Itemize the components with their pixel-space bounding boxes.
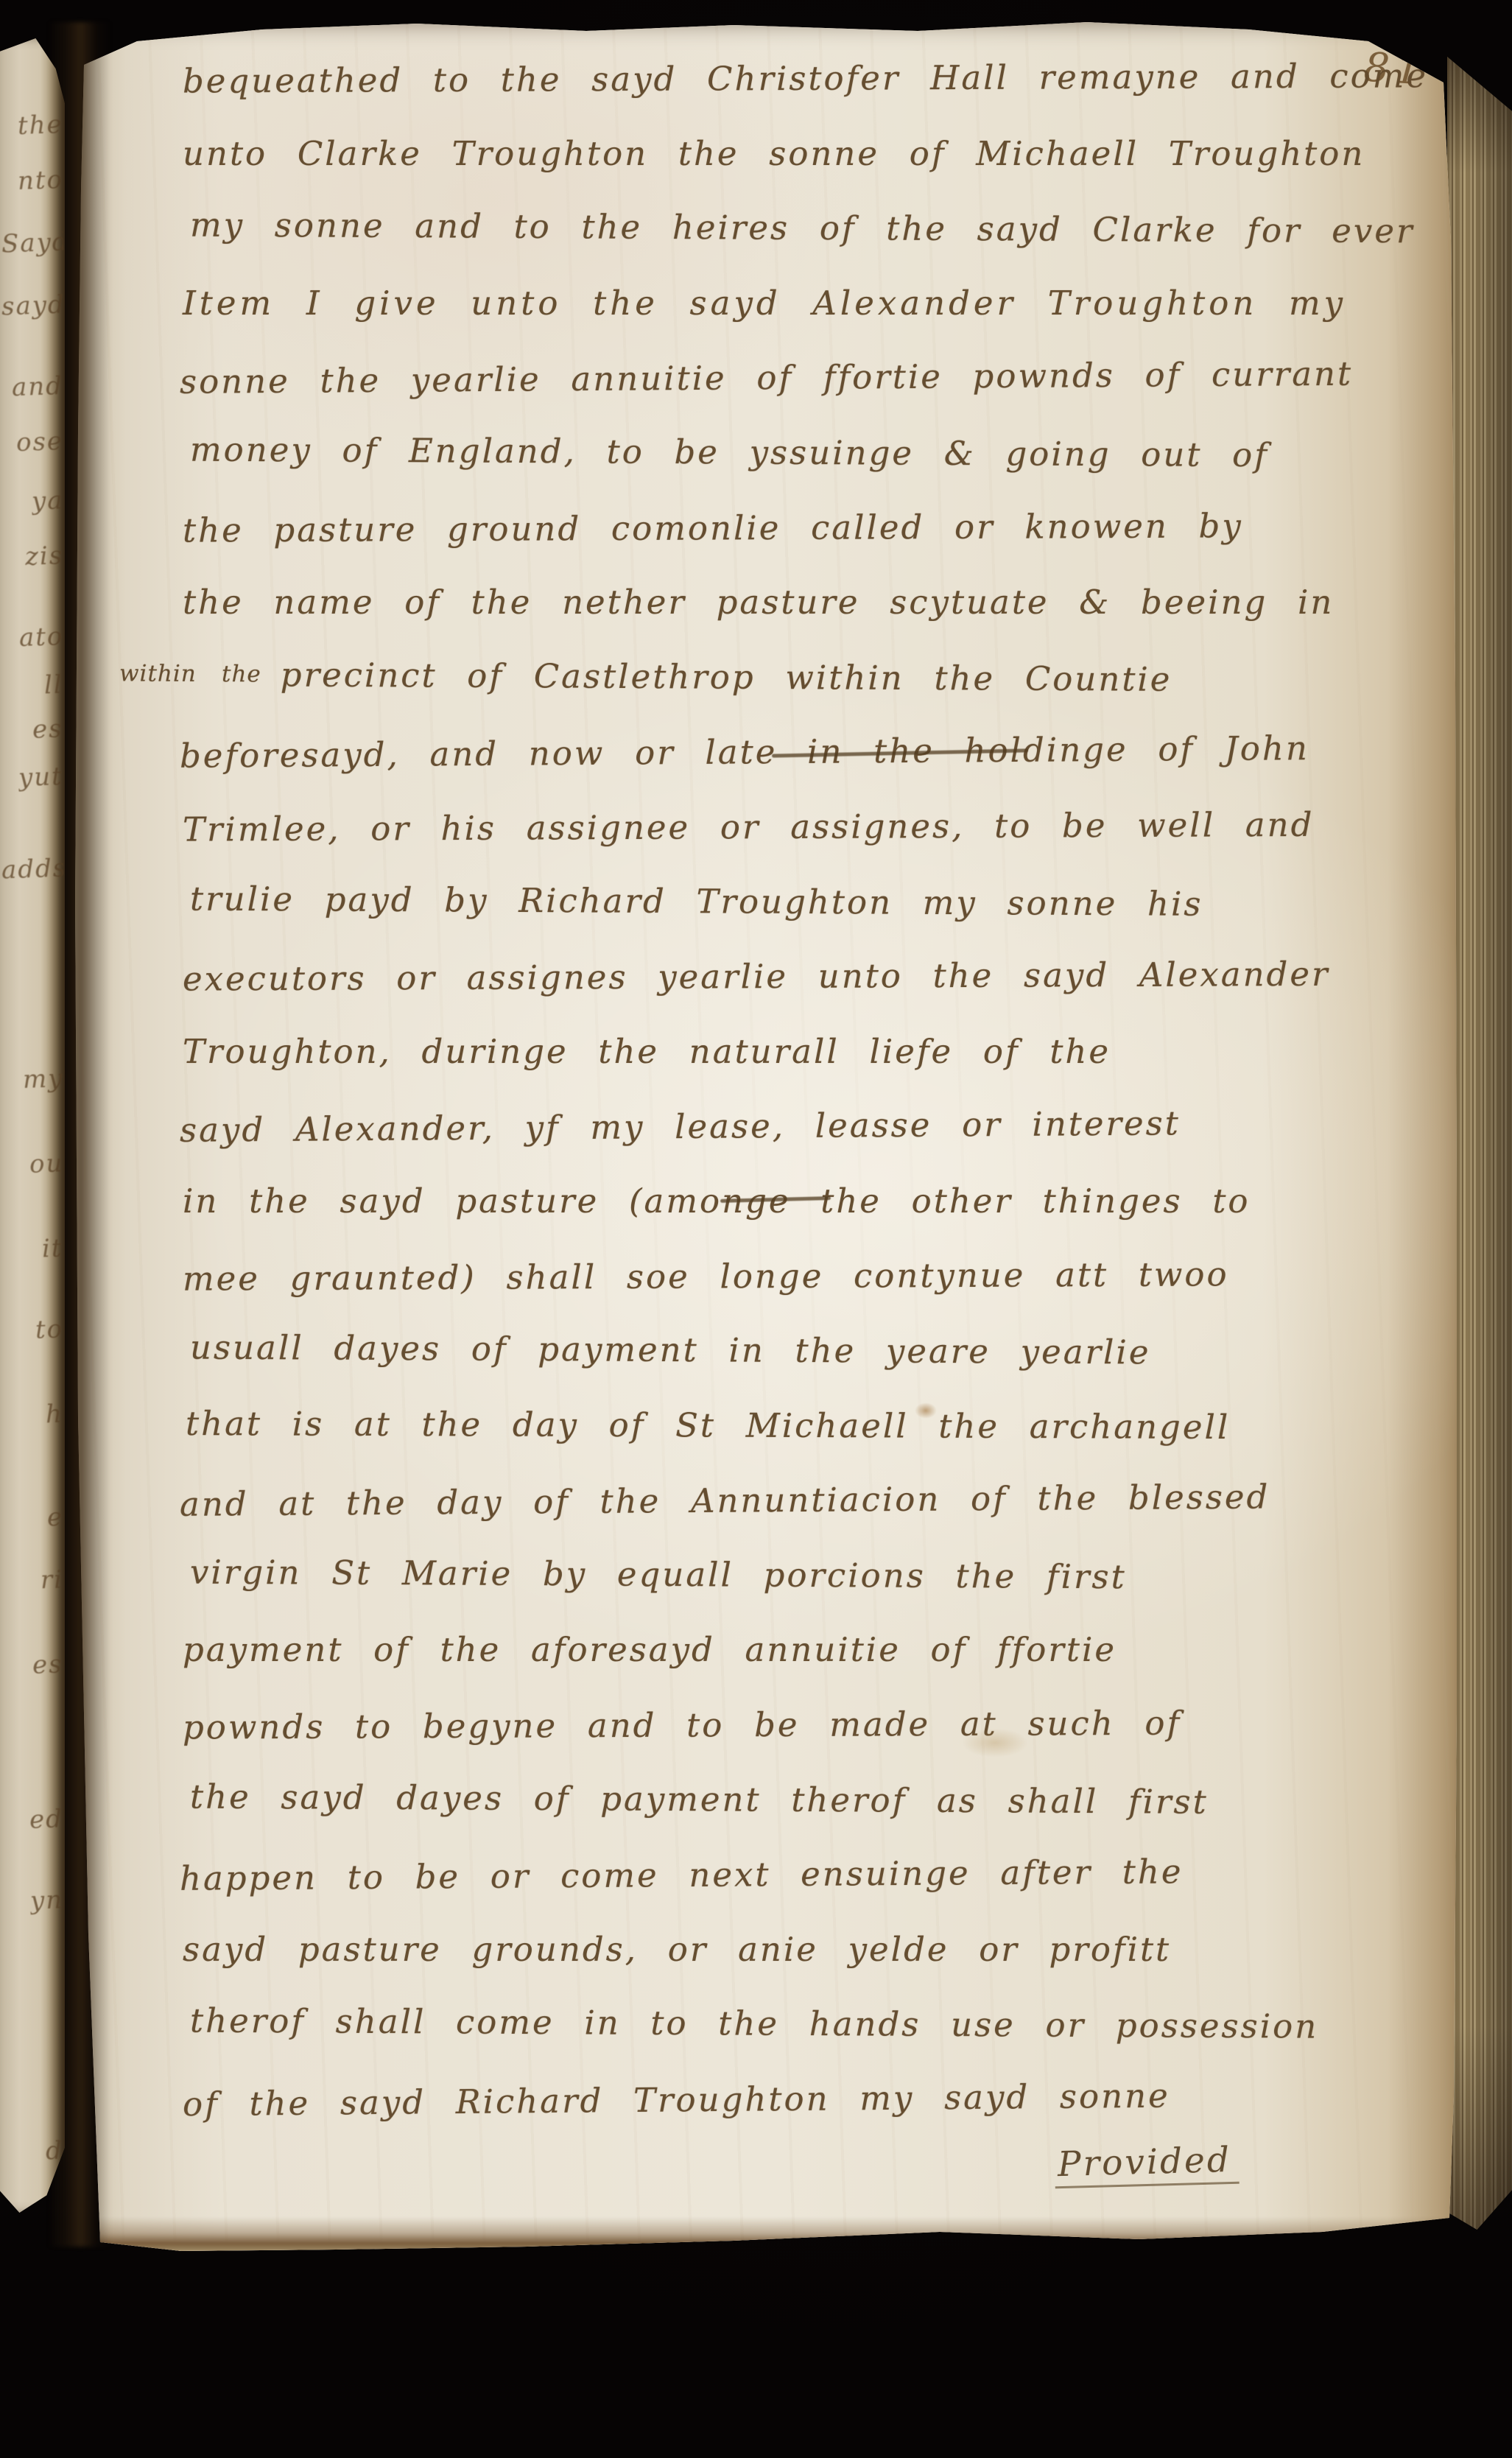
text-fragment: it xyxy=(42,1234,64,1264)
manuscript-line: mee graunted) shall soe longe contynue a… xyxy=(183,1236,1420,1316)
previous-page-edge: the nto Sayd sayd and ose ya zis ato ll … xyxy=(0,38,65,2213)
text-fragment: d xyxy=(46,2136,64,2166)
manuscript-line: and at the day of the Annuntiacion of th… xyxy=(180,1458,1418,1542)
manuscript-line: executors or assignes yearlie unto the s… xyxy=(183,936,1420,1016)
manuscript-line: Troughton, duringe the naturall liefe of… xyxy=(183,1014,1420,1089)
text-fragment: es xyxy=(32,714,64,744)
manuscript-line: money of England, to be yssuinge & going… xyxy=(190,412,1428,494)
text-fragment: ri xyxy=(40,1565,64,1595)
manuscript-line: of the sayd Richard Troughton my sayd so… xyxy=(183,2057,1421,2142)
manuscript-line: the name of the nether pasture scytuate … xyxy=(183,565,1420,640)
marginal-insertion: within the xyxy=(119,660,261,687)
text-fragment: ou xyxy=(29,1148,64,1179)
manuscript-line: within theprecinct of Castlethrop within… xyxy=(119,636,1428,718)
text-fragment: nto xyxy=(17,165,63,196)
text-fragment: and xyxy=(11,371,63,402)
manuscript-line: payment of the aforesayd annuitie of ffo… xyxy=(183,1612,1420,1688)
manuscript-line: virgin St Marie by equall porcions the f… xyxy=(190,1535,1428,1616)
manuscript-line: sayd Alexander, yf my lease, leasse or i… xyxy=(180,1084,1418,1167)
text-fragment: Sayd xyxy=(1,228,63,259)
manuscript-text-block: bequeathed to the sayd Christofer Hall r… xyxy=(183,41,1420,2137)
manuscript-line: unto Clarke Troughton the sonne of Micha… xyxy=(183,116,1420,192)
text-fragment: e xyxy=(46,1503,64,1533)
manuscript-line: that is at the day of St Michaell the ar… xyxy=(186,1386,1423,1465)
text-fragment: zis xyxy=(24,541,64,572)
manuscript-line: my sonne and to the heires of the sayd C… xyxy=(190,188,1428,269)
manuscript-line: bequeathed to the sayd Christofer Hall r… xyxy=(183,38,1420,119)
text-fragment: es xyxy=(32,1649,64,1679)
text-fragment: ed xyxy=(29,1804,63,1835)
ink-stain xyxy=(915,1402,937,1419)
manuscript-line: in the sayd pasture (amonge the other th… xyxy=(183,1164,1420,1239)
book-fore-edge xyxy=(1447,41,1512,2247)
manuscript-line: the pasture ground comonlie called or kn… xyxy=(183,488,1420,568)
paper-stain xyxy=(962,1728,1028,1758)
text-fragment: ose xyxy=(15,426,63,457)
manuscript-line: beforesayd, and now or late in the holdi… xyxy=(180,711,1418,794)
text-fragment: ll xyxy=(44,670,64,700)
text-fragment: to xyxy=(35,1314,64,1344)
catchword: Provided xyxy=(1054,2140,1239,2189)
text-fragment: ya xyxy=(31,485,64,516)
manuscript-photo: the nto Sayd sayd and ose ya zis ato ll … xyxy=(0,0,1512,2458)
text-fragment: sayd xyxy=(1,290,63,322)
manuscript-line: Trimlee, or his assignee or assignes, to… xyxy=(183,787,1420,867)
manuscript-page: 81 bequeathed to the sayd Christofer Hal… xyxy=(71,19,1457,2252)
text-fragment: yut xyxy=(18,762,64,793)
text-fragment: my xyxy=(22,1064,64,1095)
manuscript-line: the sayd dayes of payment therof as shal… xyxy=(190,1759,1428,1840)
text-fragment: ato xyxy=(18,622,64,653)
page-bottom-edge xyxy=(71,2217,1457,2252)
text-fragment: the xyxy=(18,110,64,141)
manuscript-line: pownds to begyne and to be made at such … xyxy=(183,1685,1420,1765)
manuscript-line: trulie payd by Richard Troughton my sonn… xyxy=(190,861,1428,942)
text-fragment: yn xyxy=(29,1885,63,1916)
text-fragment: adds xyxy=(1,854,63,885)
manuscript-line: therof shall come in to the hands use or… xyxy=(190,1984,1428,2065)
manuscript-line: sonne the yearlie annuitie of ffortie po… xyxy=(180,337,1418,420)
manuscript-line: sayd pasture grounds, or anie yelde or p… xyxy=(183,1912,1420,1987)
manuscript-line: usuall dayes of payment in the yeare yea… xyxy=(190,1310,1428,1391)
text-fragment: h xyxy=(45,1400,63,1430)
manuscript-line: Item I give unto the sayd Alexander Trou… xyxy=(183,266,1420,341)
manuscript-line: happen to be or come next ensuinge after… xyxy=(180,1833,1418,1916)
